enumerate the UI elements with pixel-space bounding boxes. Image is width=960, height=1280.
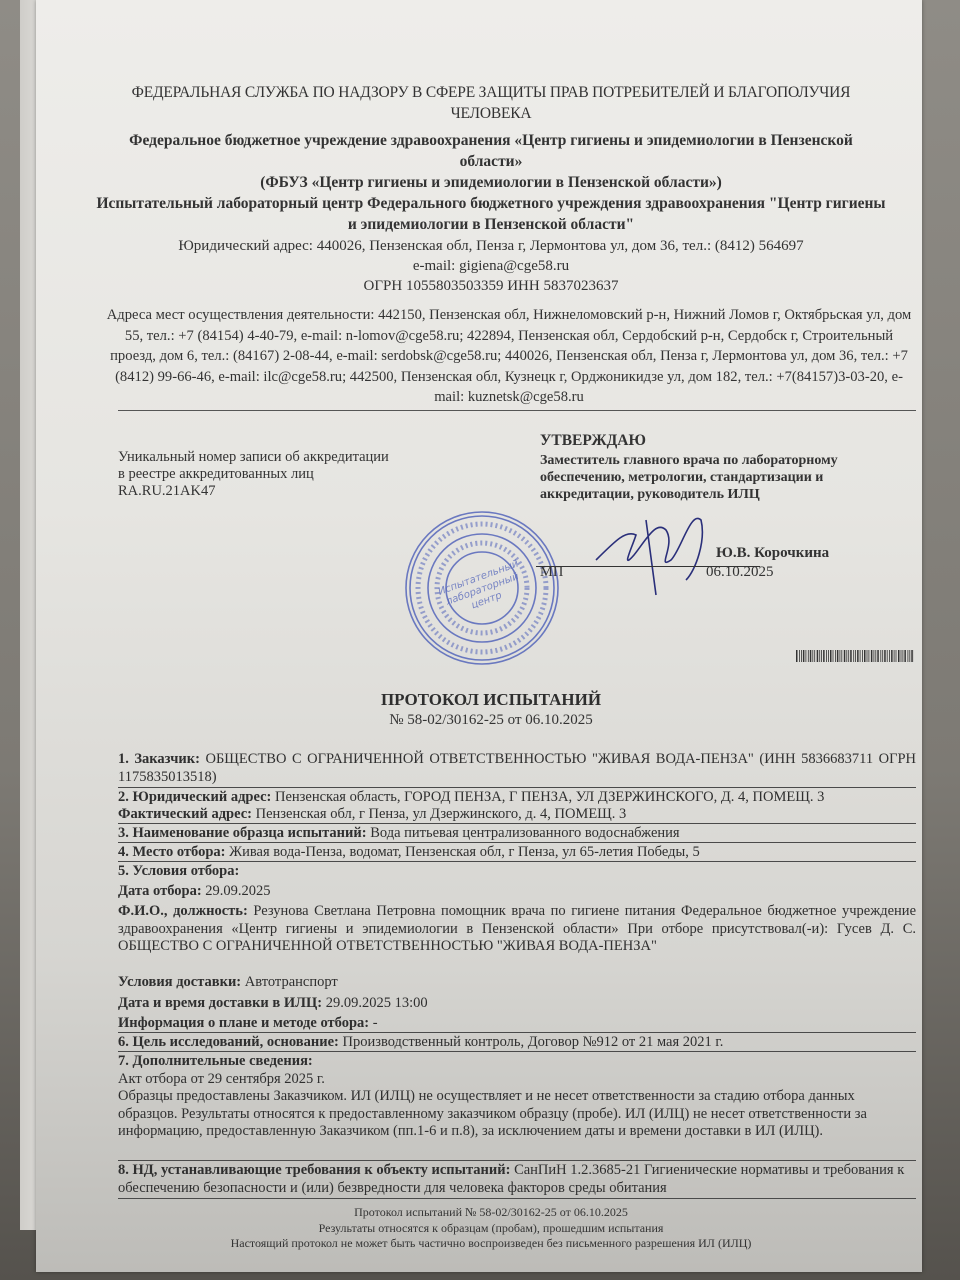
divider: [118, 1160, 916, 1161]
institution-full: Федеральное бюджетное учреждение здравоо…: [96, 130, 886, 172]
sampling-plan-value: -: [373, 1015, 378, 1031]
section-sampling-place: 4. Место отбора: Живая вода-Пенза, водом…: [118, 844, 916, 862]
divider: [118, 842, 916, 843]
divider: [118, 787, 916, 788]
section-actual-address: Фактический адрес: Пензенская обл, г Пен…: [118, 806, 916, 824]
protocol-title: ПРОТОКОЛ ИСПЫТАНИЙ: [96, 690, 886, 710]
accreditation-block: Уникальный номер записи об аккредитации …: [118, 449, 448, 500]
additional-info-label: 7. Дополнительные сведения:: [118, 1053, 313, 1069]
customer-value: ОБЩЕСТВО С ОГРАНИЧЕННОЙ ОТВЕТСТВЕННОСТЬЮ…: [118, 751, 916, 785]
section-additional-info: 7. Дополнительные сведения: Акт отбора о…: [118, 1053, 916, 1141]
footer-protocol-ref: Протокол испытаний № 58-02/30162-25 от 0…: [96, 1205, 886, 1221]
institution-short: (ФБУЗ «Центр гигиены и эпидемиологии в П…: [96, 172, 886, 193]
delivery-datetime-value: 29.09.2025 13:00: [326, 995, 428, 1011]
legal-address: Юридический адрес: 440026, Пензенская об…: [96, 236, 886, 256]
delivery-conditions: Условия доставки: Автотранспорт: [118, 974, 916, 992]
accreditation-line1: Уникальный номер записи об аккредитации: [118, 449, 448, 466]
divider: [118, 1032, 916, 1033]
delivery-conditions-label: Условия доставки:: [118, 974, 241, 990]
sampling-place-value: Живая вода-Пенза, водомат, Пензенская об…: [229, 844, 700, 860]
section-legal-address: 2. Юридический адрес: Пензенская область…: [118, 789, 916, 807]
purpose-label: 6. Цель исследований, основание:: [118, 1034, 339, 1050]
approval-block: УТВЕРЖДАЮ Заместитель главного врача по …: [540, 432, 920, 503]
sample-name-label: 3. Наименование образца испытаний:: [118, 825, 367, 841]
sampler-info: Ф.И.О., должность: Резунова Светлана Пет…: [118, 903, 916, 956]
signer-name: Ю.В. Корочкина: [716, 545, 829, 562]
legal-contacts: Юридический адрес: 440026, Пензенская об…: [96, 236, 886, 296]
regulations-label: 8. НД, устанавливающие требования к объе…: [118, 1162, 510, 1178]
purpose-value: Производственный контроль, Договор №912 …: [342, 1034, 723, 1050]
institution-name: Федеральное бюджетное учреждение здравоо…: [96, 130, 886, 193]
section-regulations: 8. НД, устанавливающие требования к объе…: [118, 1162, 916, 1197]
footer-copy-note: Настоящий протокол не может быть частичн…: [96, 1236, 886, 1252]
section-sample-name: 3. Наименование образца испытаний: Вода …: [118, 825, 916, 843]
section-purpose: 6. Цель исследований, основание: Произво…: [118, 1034, 916, 1052]
activity-addresses: Адреса мест осуществления деятельности: …: [102, 305, 916, 408]
sampling-plan: Информация о плане и методе отбора: -: [118, 1015, 916, 1033]
protocol-number: № 58-02/30162-25 от 06.10.2025: [96, 712, 886, 729]
sampling-place-label: 4. Место отбора:: [118, 844, 225, 860]
legal-address-label: 2. Юридический адрес:: [118, 789, 271, 805]
agency-name: ФЕДЕРАЛЬНАЯ СЛУЖБА ПО НАДЗОРУ В СФЕРЕ ЗА…: [96, 82, 886, 124]
actual-address-label: Фактический адрес:: [118, 806, 252, 822]
customer-label: 1. Заказчик:: [118, 751, 200, 767]
sample-name-value: Вода питьевая централизованного водоснаб…: [370, 825, 679, 841]
approver-position: Заместитель главного врача по лабораторн…: [540, 452, 920, 503]
ogrn-inn: ОГРН 1055803503359 ИНН 5837023637: [96, 276, 886, 296]
sampling-plan-label: Информация о плане и методе отбора:: [118, 1015, 369, 1031]
stamp-icon: Испытательный лабораторный центр: [402, 508, 562, 668]
sampling-date: Дата отбора: 29.09.2025: [118, 883, 916, 901]
delivery-datetime: Дата и время доставки в ИЛЦ: 29.09.2025 …: [118, 995, 916, 1013]
sampling-act: Акт отбора от 29 сентября 2025 г.: [118, 1071, 916, 1089]
header-divider: [118, 410, 916, 411]
accreditation-number: RA.RU.21AK47: [118, 483, 448, 500]
sampler-label: Ф.И.О., должность:: [118, 903, 248, 919]
sampling-conditions-label: 5. Условия отбора:: [118, 863, 239, 879]
sampling-date-value: 29.09.2025: [205, 883, 270, 899]
approval-date: 06.10.2025: [706, 564, 774, 581]
divider: [118, 1051, 916, 1052]
email: e-mail: gigiena@cge58.ru: [96, 256, 886, 276]
document-page: ФЕДЕРАЛЬНАЯ СЛУЖБА ПО НАДЗОРУ В СФЕРЕ ЗА…: [36, 0, 922, 1272]
divider: [118, 823, 916, 824]
seal-mark: МП: [540, 564, 563, 581]
lab-center-name: Испытательный лабораторный центр Федерал…: [96, 193, 886, 235]
section-customer: 1. Заказчик: ОБЩЕСТВО С ОГРАНИЧЕННОЙ ОТВ…: [118, 751, 916, 786]
signature-icon: [586, 500, 726, 600]
divider: [118, 1198, 916, 1199]
section-sampling-conditions: 5. Условия отбора:: [118, 863, 916, 881]
delivery-datetime-label: Дата и время доставки в ИЛЦ:: [118, 995, 322, 1011]
legal-address-value: Пензенская область, ГОРОД ПЕНЗА, Г ПЕНЗА…: [275, 789, 824, 805]
approval-title: УТВЕРЖДАЮ: [540, 432, 920, 450]
footer-results-note: Результаты относятся к образцам (пробам)…: [96, 1221, 886, 1237]
divider: [118, 861, 916, 862]
accreditation-line2: в реестре аккредитованных лиц: [118, 466, 448, 483]
sampling-date-label: Дата отбора:: [118, 883, 202, 899]
page-footer: Протокол испытаний № 58-02/30162-25 от 0…: [96, 1205, 886, 1252]
additional-info-text: Образцы предоставлены Заказчиком. ИЛ (ИЛ…: [118, 1088, 916, 1141]
delivery-conditions-value: Автотранспорт: [245, 974, 338, 990]
barcode-icon: [796, 650, 914, 662]
actual-address-value: Пензенская обл, г Пенза, ул Дзержинского…: [256, 806, 627, 822]
